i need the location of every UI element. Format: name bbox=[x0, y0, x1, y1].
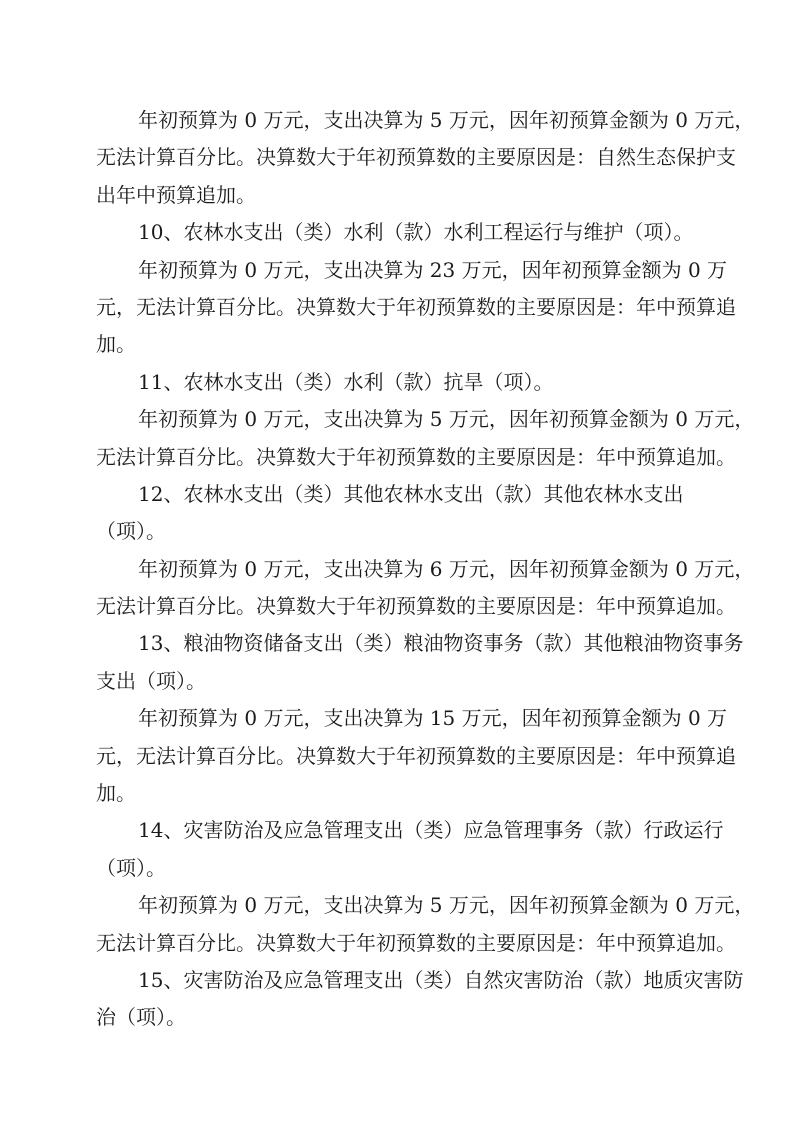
text-line: 无法计算百分比。决算数大于年初预算数的主要原因是：年中预算追加。 bbox=[96, 439, 706, 476]
document-page: 年初预算为 0 万元，支出决算为 5 万元，因年初预算金额为 0 万元， 无法计… bbox=[96, 102, 706, 1037]
text-line: 加。 bbox=[96, 775, 706, 812]
text-line: （项）。 bbox=[96, 513, 706, 550]
text-line: 13、粮油物资储备支出（类）粮油物资事务（款）其他粮油物资事务 bbox=[96, 625, 706, 662]
item-heading-11: 11、农林水支出（类）水利（款）抗旱（项）。 bbox=[96, 364, 706, 401]
text-line: 14、灾害防治及应急管理支出（类）应急管理事务（款）行政运行 bbox=[96, 812, 706, 849]
paragraph-budget-note-14: 年初预算为 0 万元，支出决算为 5 万元，因年初预算金额为 0 万元， 无法计… bbox=[96, 887, 706, 962]
text-line: 出年中预算追加。 bbox=[96, 177, 706, 214]
item-heading-15: 15、灾害防治及应急管理支出（类）自然灾害防治（款）地质灾害防 治（项）。 bbox=[96, 962, 706, 1037]
text-line: 加。 bbox=[96, 326, 706, 363]
paragraph-budget-note-10: 年初预算为 0 万元，支出决算为 23 万元，因年初预算金额为 0 万 元，无法… bbox=[96, 252, 706, 364]
text-line: 11、农林水支出（类）水利（款）抗旱（项）。 bbox=[96, 364, 706, 401]
paragraph-budget-note-12: 年初预算为 0 万元，支出决算为 6 万元，因年初预算金额为 0 万元， 无法计… bbox=[96, 551, 706, 626]
text-line: 无法计算百分比。决算数大于年初预算数的主要原因是：年中预算追加。 bbox=[96, 588, 706, 625]
text-line: 年初预算为 0 万元，支出决算为 6 万元，因年初预算金额为 0 万元， bbox=[96, 551, 706, 588]
text-line: （项）。 bbox=[96, 850, 706, 887]
text-line: 年初预算为 0 万元，支出决算为 5 万元，因年初预算金额为 0 万元， bbox=[96, 887, 706, 924]
paragraph-budget-note-13: 年初预算为 0 万元，支出决算为 15 万元，因年初预算金额为 0 万 元，无法… bbox=[96, 700, 706, 812]
item-heading-13: 13、粮油物资储备支出（类）粮油物资事务（款）其他粮油物资事务 支出（项）。 bbox=[96, 625, 706, 700]
text-line: 元，无法计算百分比。决算数大于年初预算数的主要原因是：年中预算追 bbox=[96, 738, 706, 775]
text-line: 无法计算百分比。决算数大于年初预算数的主要原因是：年中预算追加。 bbox=[96, 925, 706, 962]
text-line: 15、灾害防治及应急管理支出（类）自然灾害防治（款）地质灾害防 bbox=[96, 962, 706, 999]
text-line: 无法计算百分比。决算数大于年初预算数的主要原因是：自然生态保护支 bbox=[96, 139, 706, 176]
text-line: 元，无法计算百分比。决算数大于年初预算数的主要原因是：年中预算追 bbox=[96, 289, 706, 326]
item-heading-14: 14、灾害防治及应急管理支出（类）应急管理事务（款）行政运行 （项）。 bbox=[96, 812, 706, 887]
text-line: 年初预算为 0 万元，支出决算为 23 万元，因年初预算金额为 0 万 bbox=[96, 252, 706, 289]
paragraph-budget-note-11: 年初预算为 0 万元，支出决算为 5 万元，因年初预算金额为 0 万元， 无法计… bbox=[96, 401, 706, 476]
text-line: 10、农林水支出（类）水利（款）水利工程运行与维护（项）。 bbox=[96, 214, 706, 251]
text-line: 年初预算为 0 万元，支出决算为 5 万元，因年初预算金额为 0 万元， bbox=[96, 102, 706, 139]
text-line: 年初预算为 0 万元，支出决算为 5 万元，因年初预算金额为 0 万元， bbox=[96, 401, 706, 438]
text-line: 12、农林水支出（类）其他农林水支出（款）其他农林水支出 bbox=[96, 476, 706, 513]
item-heading-10: 10、农林水支出（类）水利（款）水利工程运行与维护（项）。 bbox=[96, 214, 706, 251]
text-line: 年初预算为 0 万元，支出决算为 15 万元，因年初预算金额为 0 万 bbox=[96, 700, 706, 737]
paragraph-budget-note-9: 年初预算为 0 万元，支出决算为 5 万元，因年初预算金额为 0 万元， 无法计… bbox=[96, 102, 706, 214]
text-line: 治（项）。 bbox=[96, 999, 706, 1036]
text-line: 支出（项）。 bbox=[96, 663, 706, 700]
item-heading-12: 12、农林水支出（类）其他农林水支出（款）其他农林水支出 （项）。 bbox=[96, 476, 706, 551]
